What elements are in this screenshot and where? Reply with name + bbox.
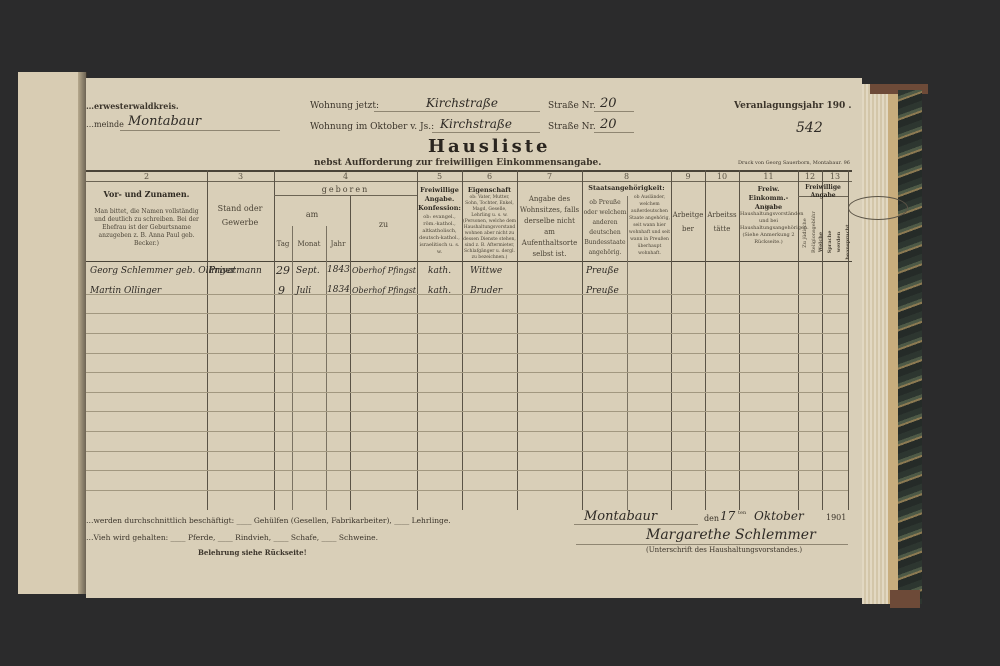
footer-day: 17 xyxy=(720,509,735,523)
cover-corner-bottom xyxy=(890,590,920,608)
row1-monat: Sept. xyxy=(296,266,320,276)
list-number: 542 xyxy=(796,120,823,136)
footer-signature: Margarethe Schlemmer xyxy=(646,527,816,543)
row1-jahr: 1843 xyxy=(327,265,350,275)
row-rule xyxy=(86,411,848,412)
geboren-rule xyxy=(274,195,417,196)
wohnung-oktober-value: Kirchstraße xyxy=(440,117,512,131)
footer-vieh: …Vieh wird gehalten: ____ Pferde, ____ R… xyxy=(86,533,378,542)
row2-tag: 9 xyxy=(278,284,285,297)
colnum-2: 2 xyxy=(86,172,207,181)
row1-konfession: kath. xyxy=(428,266,451,276)
row1-eigenschaft: Wittwe xyxy=(470,266,502,276)
row-rule xyxy=(86,313,848,314)
gemeinde-value: Montabaur xyxy=(128,114,201,129)
header-freiwillige: Freiwillige Angabe xyxy=(798,184,848,200)
place-line xyxy=(574,524,698,525)
header-arbeitsstaette: Arbeitsstätte xyxy=(706,208,738,236)
colnum-11: 11 xyxy=(739,172,798,181)
marbled-cover xyxy=(898,90,922,604)
veranlagungsjahr-label: Veranlagungsjahr 190 . xyxy=(734,101,852,111)
row-rule xyxy=(86,353,848,354)
row-rule xyxy=(86,294,848,295)
row1-tag: 29 xyxy=(276,264,290,277)
gemeinde-line xyxy=(120,130,280,131)
footer-place: Montabaur xyxy=(584,509,657,524)
header-staat-auslaender: ob Ausländer, welchem außerdeutschen Sta… xyxy=(628,194,671,257)
col-divider xyxy=(207,170,208,510)
header-konfession: Freiwillige Angabe. Konfession: xyxy=(418,186,461,213)
footer-beschaeftigt: …werden durchschnittlich beschäftigt: __… xyxy=(86,516,451,525)
header-wohnsitz: Angabe des Wohnsitzes, falls derselbe ni… xyxy=(518,194,581,260)
hausliste-form: …erwesterwaldkreis. …meinde Montabaur Wo… xyxy=(86,78,862,598)
footer-den: den xyxy=(704,514,719,523)
footer-month: Oktober xyxy=(754,509,804,523)
wohnung-oktober-label: Wohnung im Oktober v. Js.: xyxy=(310,122,434,132)
header-staat-preusse: ob Preuße oder welchem anderen deutschen… xyxy=(583,198,627,258)
footer-year: 1901 xyxy=(826,513,846,522)
row2-name: Martin Ollinger xyxy=(90,286,161,296)
colnum-9: 9 xyxy=(671,172,705,181)
header-bottom-rule xyxy=(86,261,852,262)
header-name: Vor- und Zunamen. xyxy=(90,190,203,199)
row-rule xyxy=(86,333,848,334)
col-divider xyxy=(848,170,849,510)
header-jahr: Jahr xyxy=(326,240,350,249)
row-rule xyxy=(86,490,848,491)
colnum-12: 12 xyxy=(798,172,822,181)
page-edge-dark xyxy=(888,84,898,604)
row2-eigenschaft: Bruder xyxy=(470,286,502,296)
colnum-13: 13 xyxy=(822,172,848,181)
row2-monat: Juli xyxy=(296,286,311,296)
row2-staat: Preuße xyxy=(586,286,619,296)
signature-line xyxy=(576,544,848,545)
row-rule xyxy=(86,372,848,373)
row-rule xyxy=(86,451,848,452)
form-subtitle: nebst Aufforderung zur freiwilligen Eink… xyxy=(314,158,601,168)
row-rule xyxy=(86,392,848,393)
col-divider xyxy=(292,226,293,510)
header-stand: Stand oder Gewerbe xyxy=(210,202,270,230)
strasse-label-2: Straße Nr. xyxy=(548,122,596,132)
wohnung-jetzt-value: Kirchstraße xyxy=(426,96,498,110)
row-rule xyxy=(86,431,848,432)
header-staatsangehoerigkeit: Staatsangehörigkeit: xyxy=(582,184,671,193)
colnum-7: 7 xyxy=(517,172,582,181)
wohnung-jetzt-line xyxy=(374,111,540,112)
list-number-oval xyxy=(848,196,908,220)
strasse-nr-line-2 xyxy=(594,132,634,133)
header-eigenschaft-note: ob: Vater, Mutter, Sohn, Tochter, Enkel,… xyxy=(463,195,516,261)
row2-konfession: kath. xyxy=(428,286,451,296)
colnum-4: 4 xyxy=(274,172,417,181)
colnum-5: 5 xyxy=(417,172,462,181)
wohnung-oktober-line xyxy=(432,132,540,133)
printer-note: Druck von Georg Sauerborn, Montabaur. 96 xyxy=(738,160,850,166)
row1-stand: Privatmann xyxy=(209,266,262,276)
strasse-nr-line-1 xyxy=(594,111,634,112)
header-am: am xyxy=(274,210,350,219)
strasse-label-1: Straße Nr. xyxy=(548,101,596,111)
footer-ten: ten xyxy=(738,510,746,516)
binding-shadow xyxy=(78,72,86,594)
header-eigenschaft: Eigenschaft xyxy=(463,186,516,195)
header-col13-note: Welche Sprache werden beansprucht xyxy=(817,222,853,262)
row1-staat: Preuße xyxy=(586,266,619,276)
form-title: Hausliste xyxy=(428,136,550,157)
header-tag: Tag xyxy=(274,240,292,249)
colnum-10: 10 xyxy=(705,172,739,181)
header-arbeitgeber: Arbeitgeber xyxy=(672,208,704,236)
col-divider xyxy=(822,170,823,510)
header-geboren: geboren xyxy=(274,185,417,194)
gemeinde-label: …meinde xyxy=(86,120,124,129)
row-rule xyxy=(86,470,848,471)
colnum-8: 8 xyxy=(582,172,671,181)
left-page xyxy=(18,72,87,594)
colnum-3: 3 xyxy=(207,172,274,181)
row2-jahr: 1834 xyxy=(327,285,350,295)
row1-zu: Oberhof Pfingst xyxy=(352,266,416,275)
footer-belehrung: Belehrung siehe Rückseite! xyxy=(198,548,307,557)
row2-zu: Oberhof Pfingst xyxy=(352,286,416,295)
header-monat: Monat xyxy=(292,240,326,249)
header-name-note: Man bittet, die Namen vollständig und de… xyxy=(90,208,203,248)
header-einkommen-note: bei Haushaltungsvorständen und bei Haush… xyxy=(740,204,797,246)
header-zu: zu xyxy=(350,220,417,229)
strasse-nr-jetzt: 20 xyxy=(600,96,617,111)
colnum-6: 6 xyxy=(462,172,517,181)
col-divider xyxy=(798,170,799,510)
wohnung-jetzt-label: Wohnung jetzt: xyxy=(310,101,379,111)
strasse-nr-oktober: 20 xyxy=(600,117,617,132)
col-divider xyxy=(274,170,275,510)
kreis-label: …erwesterwaldkreis. xyxy=(86,101,179,111)
column-number-rule xyxy=(86,181,852,182)
header-konfession-note: ob: evangel., röm.-kathol., altkatholisc… xyxy=(418,214,461,256)
footer-signature-label: (Unterschrift des Haushaltungsvorstandes… xyxy=(646,546,802,554)
